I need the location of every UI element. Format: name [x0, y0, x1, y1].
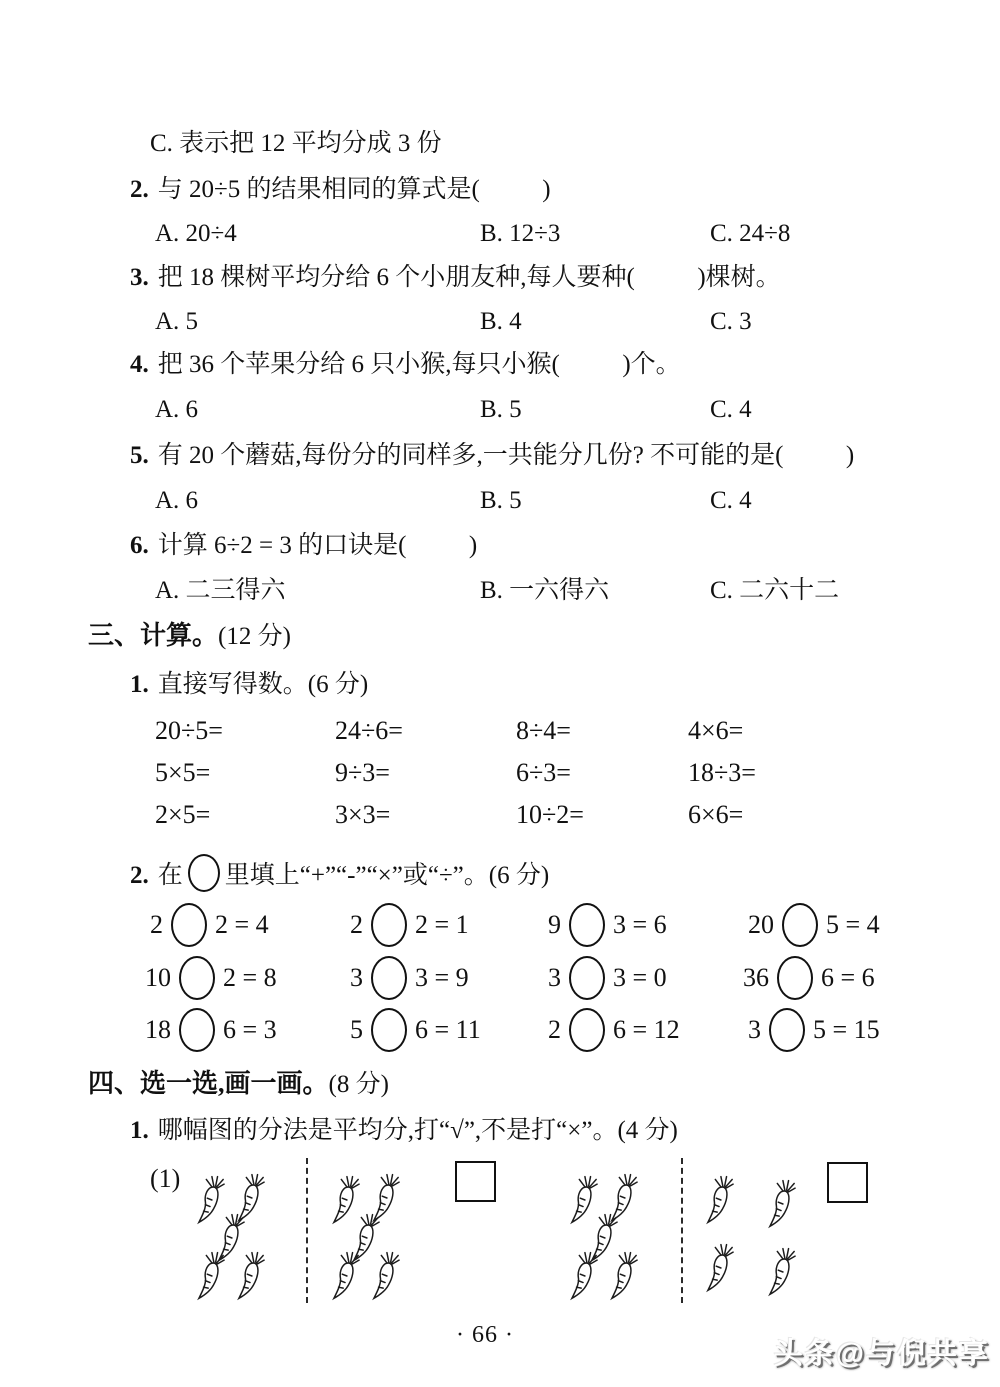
carrot-group-right-b — [706, 1175, 806, 1297]
operator-circle-icon — [769, 1008, 805, 1052]
section-3-title-text: 三、计算。 — [88, 621, 218, 650]
operator-circle-icon — [371, 956, 407, 1000]
question-2-option-c: C. 24÷8 — [710, 219, 790, 249]
operator-circle-icon — [188, 854, 220, 892]
dashed-divider — [681, 1158, 683, 1303]
fill-right: 6 = 3 — [223, 1015, 277, 1045]
question-6-text: 计算 6÷2 = 3 的口诀是( ) — [158, 532, 477, 559]
section-4-question-1: 1.哪幅图的分法是平均分,打“√”,不是打“×”。(4 分) — [130, 1116, 678, 1146]
question-4-text: 把 36 个苹果分给 6 只小猴,每只小猴( )个。 — [158, 351, 681, 378]
operator-circle-icon — [569, 903, 605, 947]
section-4-score: (8 分) — [329, 1071, 389, 1098]
question-3: 3.把 18 棵树平均分给 6 个小朋友种,每人要种( )棵树。 — [130, 263, 781, 293]
fill-right: 3 = 0 — [613, 963, 667, 993]
fill-right: 2 = 4 — [215, 910, 269, 940]
fill-equation: 205 = 4 — [748, 903, 880, 947]
question-5-option-a: A. 6 — [155, 486, 198, 516]
calc-expression: 10÷2= — [516, 800, 584, 830]
fill-equation: 35 = 15 — [748, 1008, 880, 1052]
operator-circle-icon — [171, 903, 207, 947]
answer-box-left — [455, 1161, 496, 1202]
question-4-option-b: B. 5 — [480, 395, 522, 425]
calc-expression: 18÷3= — [688, 758, 756, 788]
carrot-icon — [237, 1251, 265, 1301]
carrot-icon — [706, 1243, 734, 1293]
fill-right: 3 = 6 — [613, 910, 667, 940]
calc-expression: 3×3= — [335, 800, 390, 830]
dashed-divider — [306, 1158, 308, 1303]
section-4-question-1-number: 1. — [130, 1117, 149, 1144]
fill-right: 3 = 9 — [415, 963, 469, 993]
operator-circle-icon — [179, 956, 215, 1000]
calc-subtitle: 1.直接写得数。(6 分) — [130, 670, 368, 700]
question-5-option-b: B. 5 — [480, 486, 522, 516]
fill-equation: 26 = 12 — [548, 1008, 680, 1052]
fill-equation: 22 = 4 — [150, 903, 269, 947]
fill-left: 3 — [350, 963, 363, 993]
carrot-icon — [332, 1251, 360, 1301]
question-3-option-c: C. 3 — [710, 307, 752, 337]
question-2-number: 2. — [130, 176, 149, 203]
question-3-text: 把 18 棵树平均分给 6 个小朋友种,每人要种( )棵树。 — [158, 264, 781, 291]
fill-left: 2 — [548, 1015, 561, 1045]
question-2-text: 与 20÷5 的结果相同的算式是( ) — [158, 176, 551, 203]
carrot-group-left-a — [197, 1173, 297, 1301]
fill-left: 2 — [350, 910, 363, 940]
carrot-icon — [197, 1251, 225, 1301]
operator-circle-icon — [371, 903, 407, 947]
fill-left: 9 — [548, 910, 561, 940]
question-5-text: 有 20 个蘑菇,每份分的同样多,一共能分几份? 不可能的是( ) — [158, 442, 855, 469]
fill-subtitle-number: 2. — [130, 862, 149, 889]
question-6-option-a: A. 二三得六 — [155, 576, 286, 606]
fill-left: 18 — [145, 1015, 171, 1045]
fill-equation: 186 = 3 — [145, 1008, 277, 1052]
question-3-option-b: B. 4 — [480, 307, 522, 337]
operator-circle-icon — [782, 903, 818, 947]
fill-left: 2 — [150, 910, 163, 940]
question-4-option-a: A. 6 — [155, 395, 198, 425]
question-2-option-b: B. 12÷3 — [480, 219, 560, 249]
question-5: 5.有 20 个蘑菇,每份分的同样多,一共能分几份? 不可能的是( ) — [130, 441, 854, 471]
calc-expression: 2×5= — [155, 800, 210, 830]
fill-subtitle-post: 里填上“+”“-”“×”或“÷”。(6 分) — [225, 862, 549, 889]
operator-circle-icon — [777, 956, 813, 1000]
carrot-icon — [570, 1251, 598, 1301]
worksheet-page: C. 表示把 12 平均分成 3 份 2.与 20÷5 的结果相同的算式是( )… — [0, 0, 1000, 1387]
fill-subtitle-pre: 在 — [158, 862, 183, 889]
carrot-icon — [706, 1175, 734, 1225]
section-4-title: 四、选一选,画一画。(8 分) — [88, 1069, 389, 1100]
fill-left: 20 — [748, 910, 774, 940]
fill-right: 5 = 4 — [826, 910, 880, 940]
question-4-number: 4. — [130, 351, 149, 378]
section-3-title: 三、计算。(12 分) — [88, 621, 291, 652]
question-3-option-a: A. 5 — [155, 307, 198, 337]
watermark: 头条@与倪共享 — [774, 1331, 990, 1372]
fill-left: 3 — [748, 1015, 761, 1045]
operator-circle-icon — [371, 1008, 407, 1052]
carrot-icon — [768, 1179, 796, 1229]
section-4-title-text: 四、选一选,画一画。 — [88, 1069, 329, 1098]
fill-right: 2 = 1 — [415, 910, 469, 940]
fill-left: 5 — [350, 1015, 363, 1045]
calc-expression: 24÷6= — [335, 716, 403, 746]
fill-right: 6 = 11 — [415, 1015, 481, 1045]
question-6-option-b: B. 一六得六 — [480, 576, 609, 606]
question-4-option-c: C. 4 — [710, 395, 752, 425]
fill-left: 3 — [548, 963, 561, 993]
carrot-icon — [610, 1251, 638, 1301]
figure-1-label: (1) — [150, 1164, 180, 1194]
fill-equation: 366 = 6 — [743, 956, 875, 1000]
option-c-q1: C. 表示把 12 平均分成 3 份 — [150, 129, 442, 159]
carrot-icon — [372, 1251, 400, 1301]
answer-box-right — [827, 1162, 868, 1203]
fill-equation: 56 = 11 — [350, 1008, 481, 1052]
question-6: 6.计算 6÷2 = 3 的口诀是( ) — [130, 531, 477, 561]
calc-expression: 6×6= — [688, 800, 743, 830]
carrot-group-left-b — [332, 1173, 432, 1301]
question-5-option-c: C. 4 — [710, 486, 752, 516]
carrot-icon — [768, 1247, 796, 1297]
fill-equation: 22 = 1 — [350, 903, 469, 947]
fill-left: 10 — [145, 963, 171, 993]
question-3-number: 3. — [130, 264, 149, 291]
question-6-number: 6. — [130, 532, 149, 559]
operator-circle-icon — [179, 1008, 215, 1052]
calc-expression: 6÷3= — [516, 758, 571, 788]
calc-subtitle-text: 直接写得数。(6 分) — [158, 671, 368, 698]
fill-equation: 33 = 0 — [548, 956, 667, 1000]
fill-right: 2 = 8 — [223, 963, 277, 993]
question-2: 2.与 20÷5 的结果相同的算式是( ) — [130, 175, 551, 205]
fill-subtitle: 2.在里填上“+”“-”“×”或“÷”。(6 分) — [130, 854, 549, 892]
section-4-question-1-text: 哪幅图的分法是平均分,打“√”,不是打“×”。(4 分) — [158, 1117, 678, 1144]
calc-expression: 9÷3= — [335, 758, 390, 788]
carrot-group-right-a — [570, 1173, 670, 1301]
fill-right: 6 = 12 — [613, 1015, 680, 1045]
question-6-option-c: C. 二六十二 — [710, 576, 839, 606]
calc-expression: 4×6= — [688, 716, 743, 746]
question-5-number: 5. — [130, 442, 149, 469]
fill-equation: 93 = 6 — [548, 903, 667, 947]
operator-circle-icon — [569, 956, 605, 1000]
fill-right: 5 = 15 — [813, 1015, 880, 1045]
section-3-score: (12 分) — [218, 623, 291, 650]
fill-equation: 33 = 9 — [350, 956, 469, 1000]
question-2-option-a: A. 20÷4 — [155, 219, 237, 249]
operator-circle-icon — [569, 1008, 605, 1052]
fill-left: 36 — [743, 963, 769, 993]
calc-expression: 20÷5= — [155, 716, 223, 746]
fill-right: 6 = 6 — [821, 963, 875, 993]
fill-equation: 102 = 8 — [145, 956, 277, 1000]
calc-expression: 8÷4= — [516, 716, 571, 746]
question-4: 4.把 36 个苹果分给 6 只小猴,每只小猴( )个。 — [130, 350, 681, 380]
calc-subtitle-number: 1. — [130, 671, 149, 698]
calc-expression: 5×5= — [155, 758, 210, 788]
